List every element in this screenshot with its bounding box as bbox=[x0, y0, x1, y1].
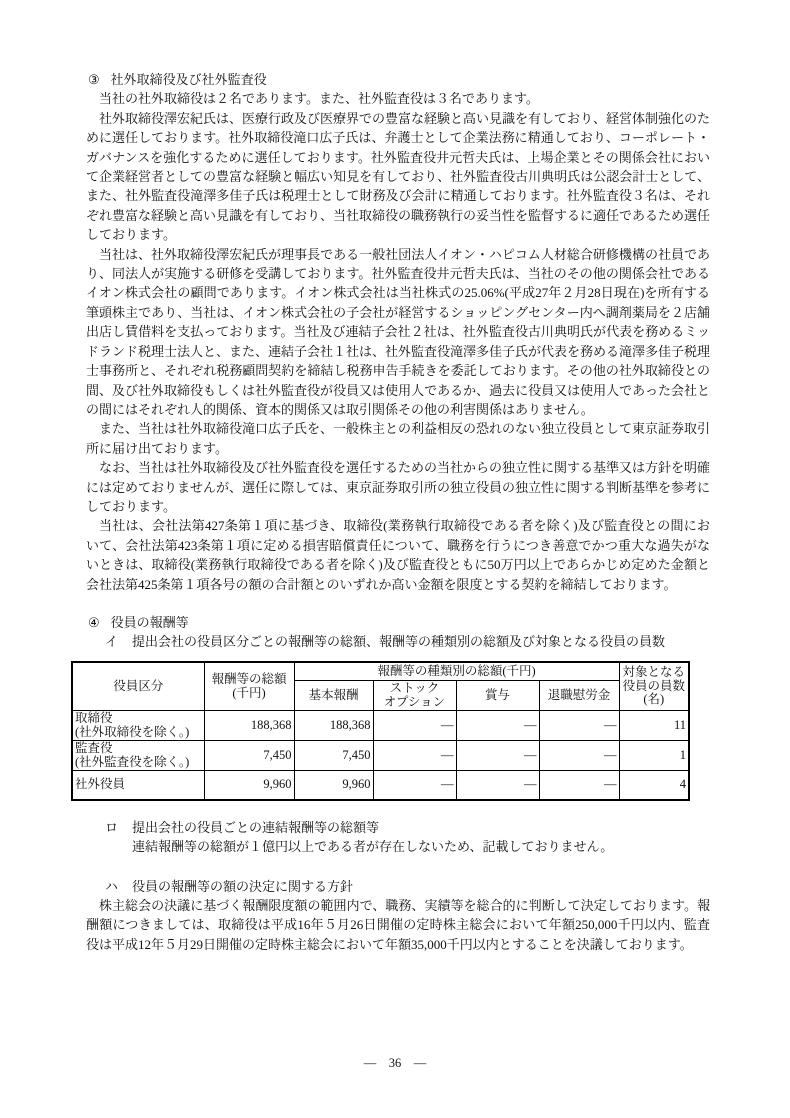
col-header-count-line1: 対象となる bbox=[622, 666, 687, 680]
col-header-officer-category: 役員区分 bbox=[72, 662, 204, 711]
subitem-ro-heading: ロ提出会社の役員ごとの連結報酬等の総額等 bbox=[105, 818, 710, 837]
col-header-retirement-benefit: 退職慰労金 bbox=[539, 681, 619, 711]
subitem-title-text: 提出会社の役員ごとの連結報酬等の総額等 bbox=[132, 820, 379, 835]
cell-count: 4 bbox=[619, 771, 689, 800]
row-label-cell: 監査役 (社外監査役を除く。) bbox=[72, 741, 204, 771]
section-heading: ④役員の報酬等 bbox=[86, 613, 710, 632]
cell-stock: ― bbox=[373, 711, 456, 741]
cell-retirement: ― bbox=[539, 771, 619, 800]
page-number: ― 36 ― bbox=[0, 1054, 790, 1073]
table-row-directors: 取締役 (社外取締役を除く。) 188,368 188,368 ― ― ― 11 bbox=[72, 711, 689, 741]
col-header-stock-line2: オプション bbox=[376, 696, 454, 710]
col-header-by-type-group: 報酬等の種類別の総額(千円) bbox=[294, 662, 619, 681]
paragraph-relationships: 当社は、社外取締役澤宏紀氏が理事長である一般社団法人イオン・ハピコム人材総合研修… bbox=[86, 245, 710, 420]
cell-base: 188,368 bbox=[294, 711, 373, 741]
section-title-text: 社外取締役及び社外監査役 bbox=[111, 72, 267, 87]
paragraph-independent-officer: また、当社は社外取締役滝口広子氏を、一般株主との利益相反の恐れのない独立役員とし… bbox=[86, 419, 710, 458]
cell-stock: ― bbox=[373, 741, 456, 771]
paragraph-independence-criteria: なお、当社は社外取締役及び社外監査役を選任するための当社からの独立性に関する基準… bbox=[86, 458, 710, 516]
cell-bonus: ― bbox=[456, 711, 539, 741]
cell-count: 11 bbox=[619, 711, 689, 741]
section-title-text: 役員の報酬等 bbox=[111, 615, 189, 630]
row-label-cell: 取締役 (社外取締役を除く。) bbox=[72, 711, 204, 741]
cell-total: 188,368 bbox=[204, 711, 294, 741]
cell-retirement: ― bbox=[539, 711, 619, 741]
cell-count: 1 bbox=[619, 741, 689, 771]
paragraph-liability-contract: 当社は、会社法第427条第１項に基づき、取締役(業務執行取締役である者を除く)及… bbox=[86, 516, 710, 594]
cell-total: 7,450 bbox=[204, 741, 294, 771]
section-number: ③ bbox=[88, 70, 100, 89]
cell-base: 9,960 bbox=[294, 771, 373, 800]
cell-stock: ― bbox=[373, 771, 456, 800]
paragraph-consolidated-remuneration: 連結報酬等の総額が１億円以上である者が存在しないため、記載しておりません。 bbox=[132, 837, 710, 856]
section-heading: ③社外取締役及び社外監査役 bbox=[86, 70, 710, 89]
remuneration-table: 役員区分 報酬等の総額 (千円) 報酬等の種類別の総額(千円) 対象となる 役員… bbox=[71, 661, 690, 801]
cell-bonus: ― bbox=[456, 741, 539, 771]
col-header-count-line2: 役員の員数 bbox=[622, 680, 687, 694]
col-header-stock-option: ストック オプション bbox=[373, 681, 456, 711]
section-outside-officers: ③社外取締役及び社外監査役 当社の社外取締役は２名であります。また、社外監査役は… bbox=[86, 70, 710, 594]
col-header-total-line1: 報酬等の総額 bbox=[207, 673, 292, 687]
paragraph-officer-count: 当社の社外取締役は２名であります。また、社外監査役は３名であります。 bbox=[86, 89, 710, 108]
paragraph-remuneration-policy: 株主総会の決議に基づく報酬限度額の範囲内で、職務、実績等を総合的に判断して決定し… bbox=[86, 896, 710, 954]
row-label-line1: 監査役 bbox=[75, 742, 202, 756]
subitem-marker: ハ bbox=[105, 877, 118, 896]
col-header-count: 対象となる 役員の員数 (名) bbox=[619, 662, 689, 711]
subitem-ha-heading: ハ役員の報酬等の額の決定に関する方針 bbox=[105, 877, 710, 896]
row-label-line1: 取締役 bbox=[75, 712, 202, 726]
cell-bonus: ― bbox=[456, 771, 539, 800]
cell-retirement: ― bbox=[539, 741, 619, 771]
section-remuneration: ④役員の報酬等 イ提出会社の役員区分ごとの報酬等の総額、報酬等の種類別の総額及び… bbox=[86, 613, 710, 954]
cell-total: 9,960 bbox=[204, 771, 294, 800]
row-label-line2: (社外取締役を除く。) bbox=[75, 726, 202, 740]
table-row-auditors: 監査役 (社外監査役を除く。) 7,450 7,450 ― ― ― 1 bbox=[72, 741, 689, 771]
subitem-title-text: 提出会社の役員区分ごとの報酬等の総額、報酬等の種類別の総額及び対象となる役員の員… bbox=[132, 634, 665, 649]
subitem-i-heading: イ提出会社の役員区分ごとの報酬等の総額、報酬等の種類別の総額及び対象となる役員の… bbox=[105, 632, 710, 651]
col-header-count-line3: (名) bbox=[622, 693, 687, 707]
subitem-marker: イ bbox=[105, 632, 118, 651]
document-page: ③社外取締役及び社外監査役 当社の社外取締役は２名であります。また、社外監査役は… bbox=[0, 0, 790, 1118]
paragraph-appointment-reasons: 社外取締役澤宏紀氏は、医療行政及び医療界での豊富な経験と高い見識を有しており、経… bbox=[86, 109, 710, 245]
section-number: ④ bbox=[88, 613, 100, 632]
table-row-outside-officers: 社外役員 9,960 9,960 ― ― ― 4 bbox=[72, 771, 689, 800]
subitem-marker: ロ bbox=[105, 818, 118, 837]
row-label-line2: (社外監査役を除く。) bbox=[75, 756, 202, 770]
col-header-bonus: 賞与 bbox=[456, 681, 539, 711]
col-header-total: 報酬等の総額 (千円) bbox=[204, 662, 294, 711]
col-header-stock-line1: ストック bbox=[376, 682, 454, 696]
cell-base: 7,450 bbox=[294, 741, 373, 771]
col-header-total-line2: (千円) bbox=[207, 687, 292, 701]
subitem-title-text: 役員の報酬等の額の決定に関する方針 bbox=[132, 879, 353, 894]
row-label-cell: 社外役員 bbox=[72, 771, 204, 800]
col-header-base-remuneration: 基本報酬 bbox=[294, 681, 373, 711]
